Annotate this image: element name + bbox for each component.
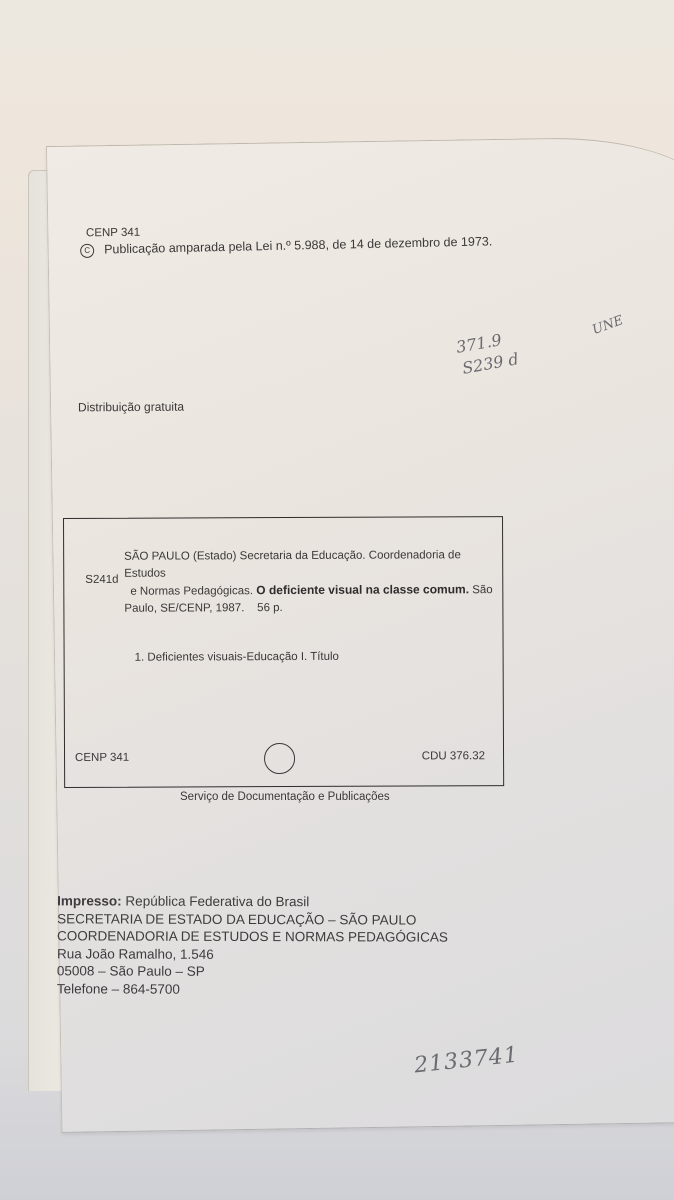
card-call-number: S241d (85, 574, 118, 586)
card-caption: Serviço de Documentação e Publicações (180, 791, 390, 803)
card-entry-line2: e Normas Pedagógicas. O deficiente visua… (124, 581, 496, 601)
imprint-city: 05008 – São Paulo – SP (57, 962, 448, 981)
imprint-label: Impresso: (57, 893, 122, 908)
imprint-coordination: COORDENADORIA DE ESTUDOS E NORMAS PEDAGÓ… (57, 927, 448, 946)
imprint-block: Impresso: República Federativa do Brasil… (57, 892, 448, 998)
card-entry-line3: Paulo, SE/CENP, 1987. 56 p. (124, 599, 496, 618)
card-cdu-code: CDU 376.32 (422, 750, 485, 762)
catalog-card: S241d SÃO PAULO (Estado) Secretaria da E… (63, 516, 504, 788)
imprint-country: República Federativa do Brasil (125, 894, 309, 910)
distribution-note: Distribuição gratuita (78, 400, 184, 415)
card-place-start: São (472, 584, 493, 596)
card-hole-circle-icon (264, 743, 295, 774)
card-pages: 56 p. (257, 602, 283, 614)
imprint-phone: Telefone – 864-5700 (57, 980, 448, 999)
card-title: O deficiente visual na classe comum. (256, 582, 469, 597)
card-entry: SÃO PAULO (Estado) Secretaria da Educaçã… (124, 547, 496, 618)
photo-background: CENP 341 CPublicação amparada pela Lei n… (0, 0, 674, 1200)
imprint-line1: Impresso: República Federativa do Brasil (57, 892, 448, 911)
card-entry-line1: SÃO PAULO (Estado) Secretaria da Educaçã… (124, 547, 496, 583)
card-author-suffix: e Normas Pedagógicas. (130, 585, 253, 598)
imprint-address: Rua João Ramalho, 1.546 (57, 945, 448, 964)
copyright-icon: C (80, 243, 94, 257)
publication-code: CENP 341 (86, 227, 140, 240)
card-imprint: Paulo, SE/CENP, 1987. (124, 602, 244, 615)
card-footer-code: CENP 341 (75, 752, 129, 764)
imprint-secretariat: SECRETARIA DE ESTADO DA EDUCAÇÃO – SÃO P… (57, 910, 448, 929)
card-subjects: 1. Deficientes visuais-Educação I. Títul… (135, 651, 339, 664)
